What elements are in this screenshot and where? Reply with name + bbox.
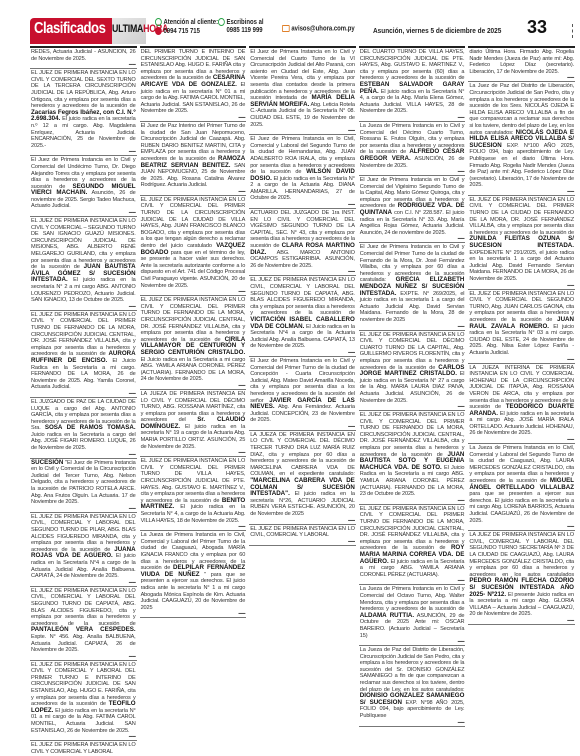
classified-ad: EL JUEZ DE PRIMERA INSTANCIA EN LO CIVIL… — [140, 296, 247, 390]
ad-code-mark: ▬▬ — [250, 424, 355, 428]
classified-ad: EL JUEZ DE PRIMERA INSTANCIA EN LO CIVIL… — [359, 331, 466, 412]
whatsapp-icon — [218, 18, 225, 26]
ad-text: EL JUEZ DE PRIMERA INSTANCIA EN LO CIVIL… — [469, 197, 574, 236]
ad-text: DEL CUARTO TURNO DE VILLA HAYES, CIRCUNS… — [360, 49, 465, 81]
ad-text: EL JUEZ DE PRIMERA INSTANCIA EN LO CIVIL… — [31, 70, 136, 109]
ad-code-mark: ▬▬ — [31, 580, 136, 584]
ad-code-mark: ▬▬ — [31, 210, 136, 214]
classified-ad: LA JUEZ DE PRIMERA INSTANCIA EN LO CIVIL… — [468, 531, 575, 625]
ad-text-tail: " para que se presenten a ejercer sus de… — [141, 572, 246, 611]
logo-ultima: ULTIMA — [112, 23, 143, 35]
fold-mark — [572, 24, 574, 38]
ad-code-mark: ▬▬ — [141, 611, 246, 615]
classified-ad: EL JUEZ DE PRIMERA INSTANCIA EN LO CIVIL… — [359, 411, 466, 505]
ad-code-mark: ▬▬ — [469, 618, 574, 622]
classified-ad: ACTUARIO DEL JUZGADO DE 1ra INST. EN LO … — [249, 209, 356, 276]
ad-text-tail: para que se presenten a ejercer sus dere… — [469, 491, 574, 523]
column-1: REDES, Actuaria Judicial - ASUNCION, 26 … — [30, 46, 137, 756]
email-icon — [282, 25, 290, 32]
ad-code-mark: ▬▬ — [360, 324, 465, 328]
attention-label: Atención al cliente: — [164, 19, 219, 26]
classified-ad: EL JUEZ DE PRIMERA INSTANCIA EN LO CIVIL… — [140, 457, 247, 531]
ad-text-tail: para que en el término de ley, se presen… — [141, 250, 246, 289]
ad-text-tail: Juicio radica en la Secretaría a cargo d… — [31, 432, 136, 451]
classified-ad: DEL PRIMER TURNO E INTERINO DE CIRCUNSCR… — [140, 48, 247, 122]
ad-code-mark: ▬▬ — [360, 578, 465, 582]
classified-ad: LA JUEZA INTERINA DE PRIMERA INSTANCIA E… — [468, 364, 575, 445]
write-number[interactable]: 0985 119 999 — [227, 27, 263, 34]
ad-text-tail: Expte. N° 456. Abg. Analía BALBUENA, Act… — [31, 634, 136, 653]
classified-ad: LA JUEZA DE PRIMERA INSTANCIA EN LO CIVI… — [140, 390, 247, 457]
ad-code-mark: ▬▬ — [360, 236, 465, 240]
classified-ad: El Juez de Primera Instancia en lo Civil… — [359, 176, 466, 243]
classified-ad: EL JUEZ DE PRIMERA INSTANCIA EN LO CIVIL… — [30, 513, 137, 587]
ad-text-tail: ABG. MARCO ANTONIO OCAMPOS ESTIGARRIBIA.… — [250, 250, 355, 269]
write-contact: Escribinos al 0985 119 999 — [218, 18, 264, 35]
classified-ad: EL JUEZ DE PRIMERA INSTANCIA EN LO CIVIL… — [30, 311, 137, 398]
classified-ad: La Jueza de Primera Instancia en lo Civi… — [359, 585, 466, 646]
ad-code-mark: ▬▬ — [250, 518, 355, 522]
ad-code-mark: ▬▬ — [141, 289, 246, 293]
ad-code-mark: ▬▬ — [31, 304, 136, 308]
classified-ad: EL JUEZ DE PRIMERA INSTANCIA EN LO CIVIL… — [30, 661, 137, 742]
ad-text: La Jueza de Primera Instancia en lo Civi… — [360, 586, 465, 612]
ad-text: LA JUEZA DE PRIMERA INSTANCIA EN LO CIVI… — [250, 432, 355, 478]
column-5: diario Última Hora. Firmado Abg. Rogelia… — [468, 46, 575, 756]
whatsapp-icon — [155, 18, 162, 26]
classified-ad: La Jueza de Primera Instancia en lo Civi… — [359, 122, 466, 176]
ad-code-mark: ▬▬ — [31, 734, 136, 738]
ad-code-mark: ▬▬ — [469, 357, 574, 361]
classified-ad: diario Última Hora. Firmado Abg. Rogelia… — [468, 48, 575, 82]
classified-ad: LA JUEZA DE PRIMERA INSTANCIA EN LO CIVI… — [249, 431, 356, 525]
classified-ad: EL JUEZ DE PRIMERA INSTANCIA EN LO CIVIL… — [30, 69, 137, 156]
classified-ad: EL JUEZ DE PRIMERA INSTANCIA EN LO CIVIL… — [468, 290, 575, 364]
classified-ad: La Jueza de Primera Instancia en lo Civi… — [140, 531, 247, 618]
classified-ad: El Juez de Paz Interino del Primer Turno… — [140, 122, 247, 196]
ad-code-mark: ▬▬ — [250, 350, 355, 354]
write-label: Escribinos al — [227, 19, 264, 26]
classified-ad: EL JUEZ DE PRIMERA INSTANCIA EN LO CIVIL… — [30, 741, 137, 756]
page-number: 33 — [527, 17, 547, 38]
column-3: El Juez de Primera Instancia en lo Civil… — [249, 46, 356, 756]
ad-code-mark: ▬▬ — [31, 654, 136, 658]
classified-ad: El Juez de Primera Instancia en lo Civil… — [30, 156, 137, 217]
ad-code-mark: ▬▬ — [469, 524, 574, 528]
ad-text-tail: EXP. N°100 AÑO 2025, FOLIO 094, bajo ape… — [469, 143, 574, 189]
ad-code-mark: ▬▬ — [469, 437, 574, 441]
classified-ad: EL JUEZ DE PRIMERA INSTANCIA EN LO CIVIL… — [359, 505, 466, 586]
ad-code-mark: ▬▬ — [250, 202, 355, 206]
classified-ad: El Juez de Primera Instancia en lo Civil… — [249, 357, 356, 431]
ad-code-mark: ▬▬ — [360, 404, 465, 408]
classified-ad: La Juez de Paz del Distrito de Liberació… — [468, 82, 575, 196]
ad-code-mark: ▬▬ — [250, 269, 355, 273]
column-4: DEL CUARTO TURNO DE VILLA HAYES, CIRCUNS… — [359, 46, 466, 756]
classifieds-columns: REDES, Actuaria Judicial - ASUNCION, 26 … — [30, 46, 575, 756]
classified-ad: EL JUEZ DE PRIMERA INSTANCIA EN LO CIVIL… — [468, 196, 575, 290]
classified-ad: EL JUZGADO DE PAZ DE LA CIUDAD DE LUQUE … — [30, 398, 137, 459]
classified-ad: El Juez de Primera Instancia en lo Civil… — [359, 243, 466, 330]
ad-text: LA JUEZ DE PRIMERA INSTANCIA EN LO CIVIL… — [469, 532, 574, 578]
ad-code-mark: ▬▬ — [250, 539, 355, 543]
ad-code-mark: ▬▬ — [31, 149, 136, 153]
attention-contact: Atención al cliente: 0994 715 715 — [155, 18, 218, 36]
ad-text: diario Última Hora. Firmado Abg. Rogelia… — [469, 49, 574, 75]
ad-code-mark: ▬▬ — [141, 524, 246, 528]
ad-code-mark: ▬▬ — [141, 189, 246, 193]
ad-code-mark: ▬▬ — [469, 189, 574, 193]
ad-code-mark: ▬▬ — [250, 128, 355, 132]
ad-code-mark: ▬▬ — [31, 391, 136, 395]
ad-code-mark: ▬▬ — [141, 115, 246, 119]
ad-code-mark: ▬▬ — [360, 720, 465, 724]
classified-ad: DEL CUARTO TURNO DE VILLA HAYES, CIRCUNS… — [359, 48, 466, 122]
ad-text-tail: EXPEDIENTE N° 291/2025, el juicio radica… — [469, 250, 574, 282]
page-header: Clasificados ULTIMAHORA Atención al clie… — [0, 0, 580, 44]
classified-ad: El Juez de Primera Instancia en lo Civil… — [249, 48, 356, 135]
ad-code-mark: ▬▬ — [141, 383, 246, 387]
ad-text: La Jueza de Paz del Distrito de Liberaci… — [360, 647, 465, 693]
ad-subject: ZUNILDA FLEITAS OZUNA S/ SUCESION INTEST… — [469, 235, 574, 249]
ad-code-mark: ▬▬ — [31, 62, 136, 66]
ad-text: EL JUEZ DE PRIMERA INSTANCIA EN LO CIVIL… — [31, 588, 136, 627]
ad-text-tail: "El Juez de Primera Instancia en lo Civi… — [31, 460, 136, 506]
attention-number[interactable]: 0994 715 715 — [164, 28, 200, 35]
ad-text: EL JUEZ DE PRIMERA INSTANCIA EN LO CIVIL… — [31, 742, 136, 755]
ad-code-mark: ▬▬ — [31, 452, 136, 456]
classified-ad: EL JUEZ DE PRIMERA INSTANCIA EN LO CIVIL… — [140, 196, 247, 296]
classified-ad: El Juez de Primera Instancia en lo Civil… — [249, 135, 356, 209]
issue-date: Asunción, viernes 5 de diciembre de 2025 — [373, 26, 501, 35]
ad-code-mark: ▬▬ — [469, 75, 574, 79]
ad-subject: SOSA DE RAMOS TOMASA. — [45, 424, 136, 431]
phone-icon — [155, 27, 162, 35]
classified-ad: EL JUEZ DE PRIMERA INSTANCIA EN LO CIVIL… — [249, 276, 356, 357]
classified-ad: EL JUEZ DE PRIMERA INSTANCIA EN LO CIVIL… — [30, 217, 137, 311]
classified-ad: EL JUEZ DE PRIMERA INSTANCIA EN LO CIVIL… — [30, 587, 137, 661]
ad-code-mark: ▬▬ — [360, 115, 465, 119]
ad-code-mark: ▬▬ — [360, 169, 465, 173]
ad-code-mark: ▬▬ — [360, 498, 465, 502]
ad-subject: ALDAMA RUTTIA. — [360, 612, 414, 619]
classified-ad: La Jueza de Primera Instancia en lo Civi… — [468, 444, 575, 531]
classified-ad: SUCESIÓN "El Juez de Primera Instancia e… — [30, 459, 137, 513]
ad-subject: PANTALEÓN VERA CESPEDES. — [31, 626, 136, 633]
email-contact: avisos@uhora.com.py — [282, 25, 355, 33]
ad-text-tail: El Juicio radica en la Secretaría a mi c… — [141, 357, 246, 383]
ad-text: REDES, Actuaria Judicial - ASUNCION, 26 … — [31, 49, 136, 62]
ad-code-mark: ▬▬ — [141, 450, 246, 454]
ad-text: EL JUEZ DE PRIMERA INSTANCIA EN LO CIVIL… — [250, 526, 355, 539]
classified-ad: La Jueza de Paz del Distrito de Liberaci… — [359, 646, 466, 727]
ad-text: EL JUEZ DE PRIMERA INSTANCIA EN LO CIVIL… — [360, 506, 465, 552]
email-address[interactable]: avisos@uhora.com.py — [291, 25, 354, 32]
classified-ad: EL JUEZ DE PRIMERA INSTANCIA EN LO CIVIL… — [249, 525, 356, 546]
column-2: DEL PRIMER TURNO E INTERINO DE CIRCUNSCR… — [140, 46, 247, 756]
section-title: Clasificados — [34, 20, 105, 38]
ad-text: EL JUEZ DE PRIMERA INSTANCIA EN LO CIVIL… — [250, 277, 355, 316]
ad-code-mark: ▬▬ — [360, 639, 465, 643]
ad-code-mark: ▬▬ — [469, 283, 574, 287]
ad-subject: SUCESIÓN — [31, 459, 63, 466]
classified-ad: REDES, Actuaria Judicial - ASUNCION, 26 … — [30, 48, 137, 69]
ad-code-mark: ▬▬ — [31, 506, 136, 510]
